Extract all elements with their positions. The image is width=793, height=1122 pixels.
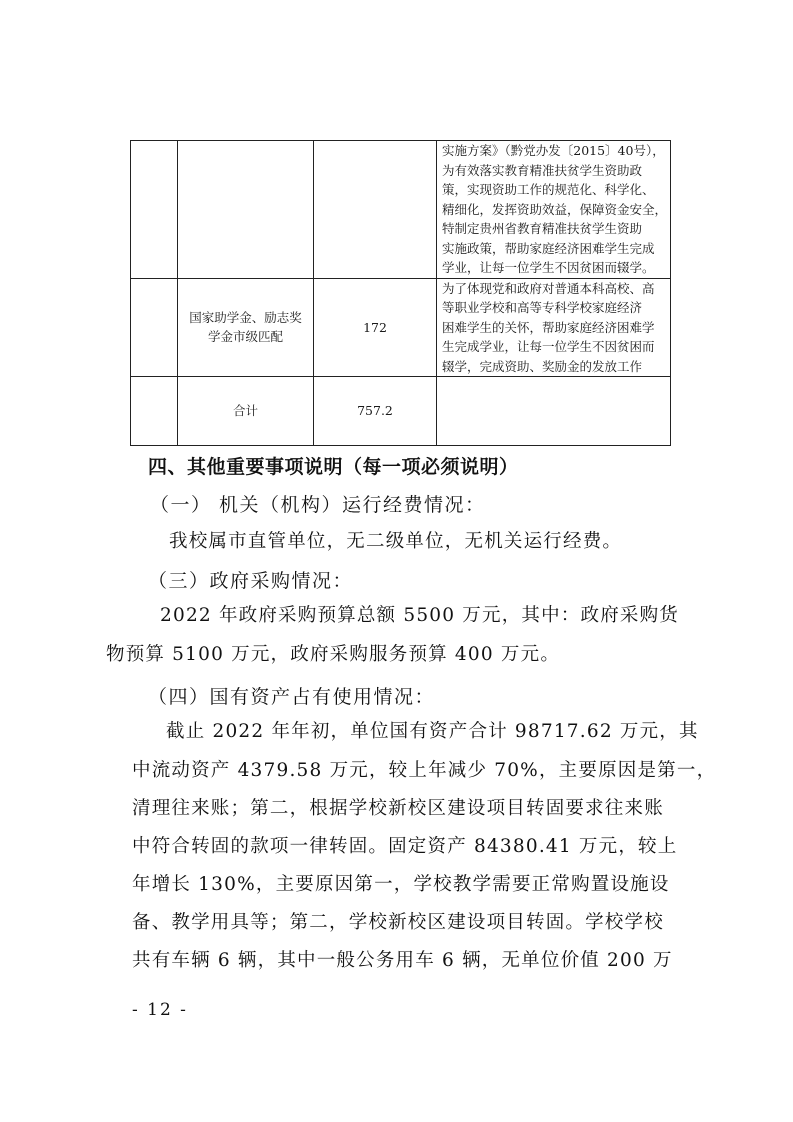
paragraph-line: 中符合转固的款项一律转固。固定资产 84380.41 万元，较上 xyxy=(132,832,677,858)
table-row: 国家助学金、励志奖 学金市级匹配 172 为了体现党和政府对普通本科高校、高 等… xyxy=(131,278,671,377)
paragraph-line: 备、教学用具等；第二，学校新校区建设项目转固。学校学校 xyxy=(132,908,664,934)
description-cell: 实施方案》（黔党办发〔2015〕40号）， 为有效落实教育精准扶贫学生资助政 策… xyxy=(437,141,671,279)
description-cell: 为了体现党和政府对普通本科高校、高 等职业学校和高等专科学校家庭经济 困难学生的… xyxy=(437,278,671,377)
row-index-cell xyxy=(131,377,178,446)
paragraph-line: 截止 2022 年年初，单位国有资产合计 98717.62 万元，其 xyxy=(166,717,699,743)
amount-cell: 172 xyxy=(314,278,437,377)
table-row: 实施方案》（黔党办发〔2015〕40号）， 为有效落实教育精准扶贫学生资助政 策… xyxy=(131,141,671,279)
subsection-heading-4: （四）国有资产占有使用情况： xyxy=(148,682,435,709)
paragraph-line: 物预算 5100 万元，政府采购服务预算 400 万元。 xyxy=(106,640,560,666)
page-number: - 12 - xyxy=(132,1000,188,1020)
amount-cell xyxy=(314,141,437,279)
subsection-heading-3: （三）政府采购情况： xyxy=(148,566,353,593)
project-name-cell: 国家助学金、励志奖 学金市级匹配 xyxy=(178,278,314,377)
table-row-total: 合计 757.2 xyxy=(131,377,671,446)
section-title: 四、其他重要事项说明（每一项必须说明） xyxy=(148,452,519,479)
paragraph-line: 我校属市直管单位，无二级单位，无机关运行经费。 xyxy=(169,527,622,553)
total-amount-cell: 757.2 xyxy=(314,377,437,446)
paragraph-line: 年增长 130%，主要原因第一，学校教学需要正常购置设施设 xyxy=(132,870,670,896)
row-index-cell xyxy=(131,278,178,377)
subsection-heading-1: （一） 机关（机构）运行经费情况： xyxy=(150,490,486,517)
document-page: 实施方案》（黔党办发〔2015〕40号）， 为有效落实教育精准扶贫学生资助政 策… xyxy=(0,0,793,1122)
total-label-cell: 合计 xyxy=(178,377,314,446)
paragraph-line: 共有车辆 6 辆，其中一般公务用车 6 辆，无单位价值 200 万 xyxy=(132,946,673,972)
paragraph-line: 中流动资产 4379.58 万元，较上年减少 70%，主要原因是第一， xyxy=(132,756,716,782)
row-index-cell xyxy=(131,141,178,279)
description-cell xyxy=(437,377,671,446)
budget-table: 实施方案》（黔党办发〔2015〕40号）， 为有效落实教育精准扶贫学生资助政 策… xyxy=(130,140,671,446)
paragraph-line: 2022 年政府采购预算总额 5500 万元，其中：政府采购货 xyxy=(160,601,679,627)
paragraph-line: 清理往来账；第二，根据学校新校区建设项目转固要求往来账 xyxy=(132,794,664,820)
project-name-cell xyxy=(178,141,314,279)
